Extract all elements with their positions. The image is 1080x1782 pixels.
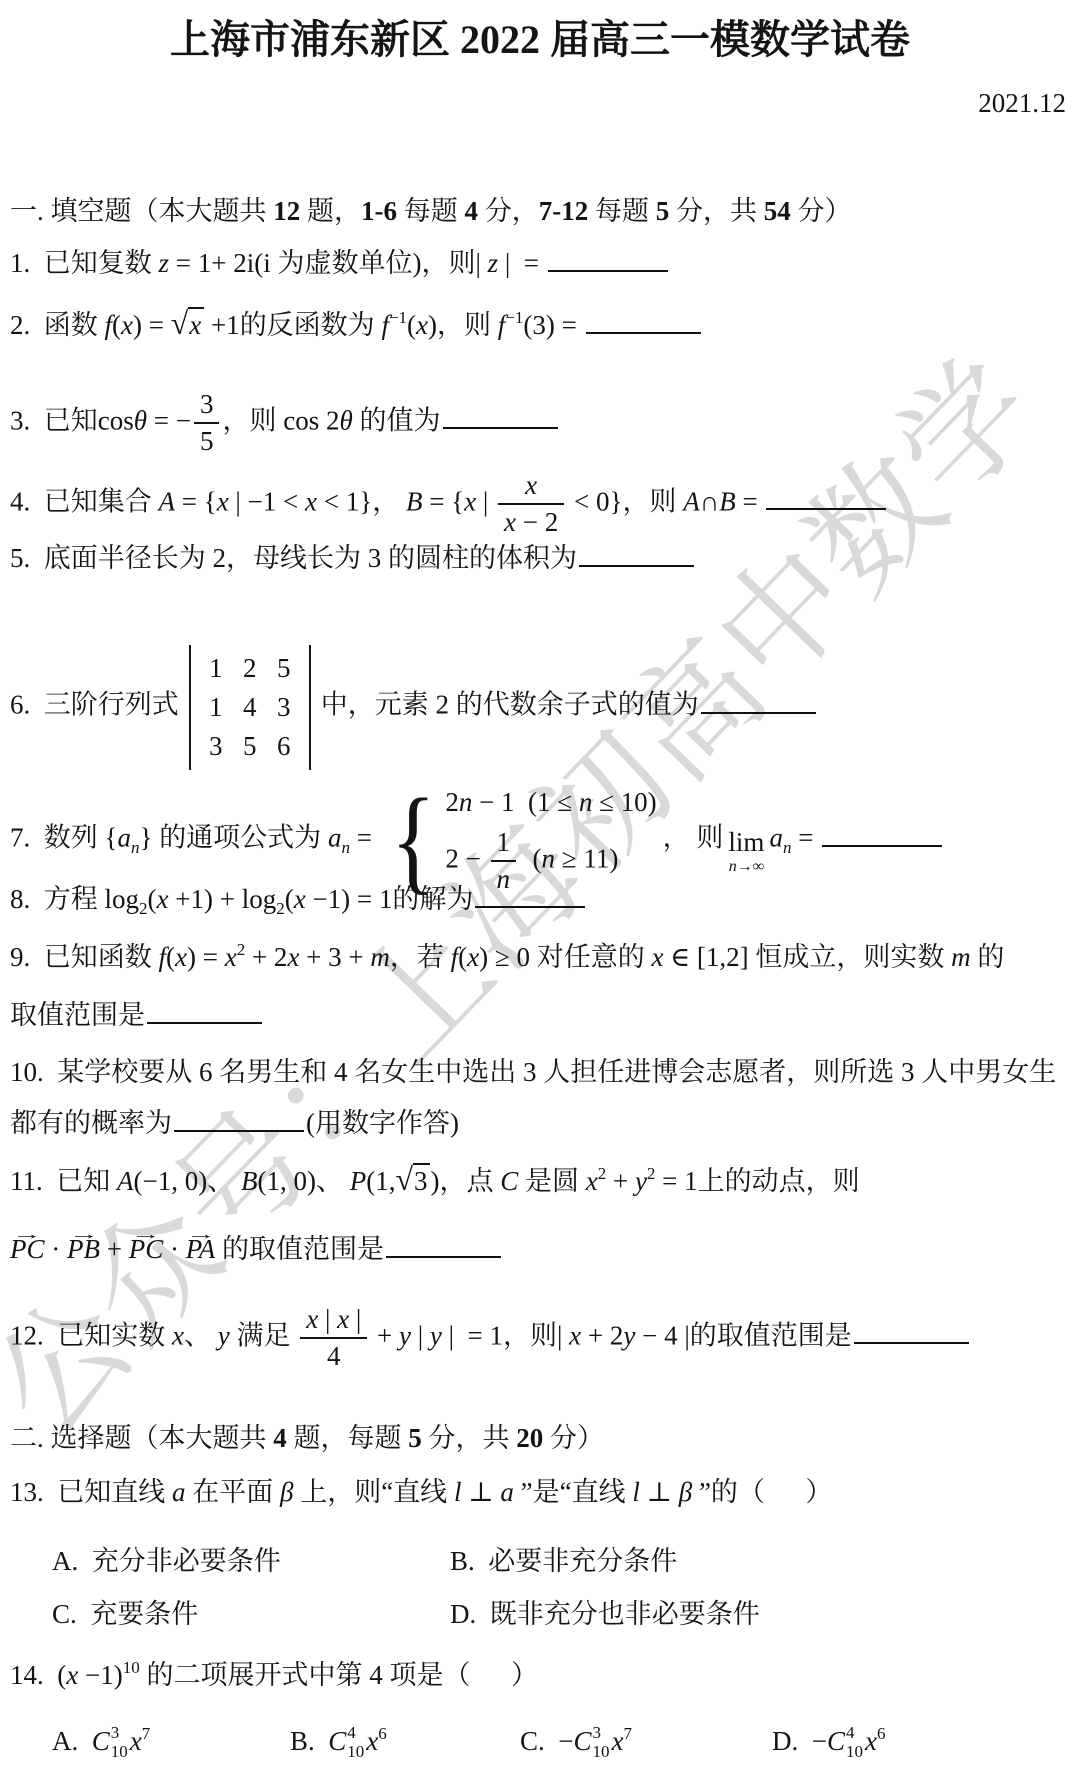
text-segment: ) = <box>133 310 171 340</box>
text-segment: y <box>623 1320 635 1350</box>
answer-blank <box>854 1340 969 1344</box>
text-segment: y <box>635 1166 647 1196</box>
text-segment: 每题 <box>588 196 656 226</box>
answer-blank <box>147 1020 262 1024</box>
text-segment: 恒成立，则实数 <box>749 942 952 972</box>
text-segment: 6 <box>877 1724 886 1743</box>
text-segment: | <box>349 1304 361 1334</box>
text-segment: 2 <box>139 899 148 918</box>
text-segment: 2 <box>598 1164 607 1183</box>
text-segment: A <box>159 486 176 516</box>
text-segment: · <box>45 1234 68 1264</box>
text-segment: 、 <box>316 1166 350 1196</box>
text-segment: A <box>117 1166 134 1196</box>
text-segment: −1) = 1 <box>306 884 393 914</box>
text-segment: 底面半径长为 <box>44 543 213 573</box>
text-segment: 数列 <box>44 823 105 853</box>
text-segment: 已知 <box>56 1166 117 1196</box>
answer-blank <box>586 330 701 334</box>
text-segment: ( <box>519 843 542 873</box>
text-segment: β <box>280 1477 293 1507</box>
text-segment: ( <box>112 310 121 340</box>
text-segment: D. 既非充分也非必要条件 <box>450 1599 760 1629</box>
text-segment: 3 <box>200 389 214 419</box>
question-1: 1. 已知复数 z = 1+ 2i(i 为虚数单位)，则| z | = <box>10 246 1080 280</box>
text-segment: (−1, 0) <box>134 1166 208 1196</box>
text-segment: 2 <box>445 787 459 817</box>
text-segment: 的值为 <box>353 405 441 435</box>
text-segment: 的通项公式为 <box>152 823 328 853</box>
text-segment: n <box>341 838 350 857</box>
text-segment: a <box>117 823 131 853</box>
math-sqrt: √x <box>171 310 204 340</box>
page-title: 上海市浦东新区 2022 届高三一模数学试卷 <box>0 8 1080 65</box>
question-8: 8. 方程 log2(x +1) + log2(x −1) = 1的解为 <box>10 882 1080 920</box>
text-segment: z <box>159 248 170 278</box>
text-segment: (1, 0) <box>257 1166 315 1196</box>
text-segment: 的取值范围是 <box>690 1320 852 1350</box>
text-segment: n <box>579 787 593 817</box>
text-segment: x <box>464 486 476 516</box>
question-5: 5. 底面半径长为 2，母线长为 3 的圆柱的体积为 <box>10 541 1080 575</box>
question-2: 2. 函数 f(x) = √x +1的反函数为 f−1(x)，则 f−1(3) … <box>10 307 1080 346</box>
text-segment: ， <box>372 486 406 516</box>
option-14-d: D. −C410x6 <box>772 1724 885 1762</box>
text-segment: 取值范围是 <box>10 1000 145 1030</box>
exam-page: 公众号：上海初高中数学 上海市浦东新区 2022 届高三一模数学试卷 2021.… <box>0 0 1080 1782</box>
text-segment: 3 <box>523 1057 537 1087</box>
text-segment: 已知复数 <box>44 248 159 278</box>
text-segment: 的 <box>971 942 1005 972</box>
text-segment: < 1} <box>317 486 372 516</box>
text-segment: β <box>679 1477 692 1507</box>
text-segment: 题， <box>300 196 361 226</box>
text-segment: 5 <box>656 196 670 226</box>
text-segment: x <box>189 310 201 340</box>
text-segment: A <box>683 486 700 516</box>
text-segment: 名男生和 <box>213 1057 335 1087</box>
text-segment: + 2 <box>245 942 287 972</box>
text-segment: x <box>569 1320 581 1350</box>
text-segment: 3. <box>10 405 44 435</box>
section-1-header: 一. 填空题（本大题共 12 题，1-6 每题 4 分，7-12 每题 5 分，… <box>10 194 1080 228</box>
text-segment: 题，每题 <box>287 1423 409 1453</box>
determinant-cell: 6 <box>267 727 301 766</box>
text-segment: 、 <box>184 1320 218 1350</box>
text-segment: 函数 <box>44 310 105 340</box>
text-segment: ) = <box>187 942 225 972</box>
text-segment: − 1 (1 ≤ <box>472 787 579 817</box>
text-segment: ( <box>148 884 157 914</box>
determinant-cell: 1 <box>199 649 233 688</box>
text-segment: m <box>951 942 971 972</box>
text-segment: D. − <box>772 1726 827 1756</box>
text-segment: n <box>783 838 792 857</box>
answer-blank <box>475 904 585 908</box>
text-segment: ( <box>166 942 175 972</box>
text-segment: − 2 <box>516 507 558 537</box>
text-segment: ”的（ ） <box>692 1477 832 1507</box>
text-segment: a <box>500 1477 514 1507</box>
text-segment: 分， <box>478 196 539 226</box>
determinant-cell: 3 <box>267 688 301 727</box>
text-segment: } <box>139 823 152 853</box>
text-segment: 的圆柱的体积为 <box>381 543 577 573</box>
text-segment: 分，共 <box>422 1423 517 1453</box>
text-segment: (用数字作答) <box>306 1108 459 1138</box>
text-segment: x <box>287 942 299 972</box>
text-segment: 9. <box>10 942 44 972</box>
determinant-cell: 4 <box>233 688 267 727</box>
text-segment: ”是“直线 <box>514 1477 632 1507</box>
cases-brace: { <box>390 786 435 895</box>
text-segment: 中，元素 <box>321 690 436 720</box>
question-4: 4. 已知集合 A = {x | −1 < x < 1}， B = {x | x… <box>10 470 1080 538</box>
option-13-c: C. 充要条件 <box>52 1597 198 1631</box>
text-segment: < 0} <box>567 486 622 516</box>
text-segment: + <box>606 1166 635 1196</box>
text-segment: 方程 <box>44 884 98 914</box>
text-segment: | <box>475 248 487 278</box>
answer-blank <box>548 268 668 272</box>
text-segment: 人中男女生 <box>915 1057 1057 1087</box>
answer-blank <box>579 563 694 567</box>
text-segment: 是圆 <box>518 1166 586 1196</box>
text-segment: 的解为 <box>392 884 473 914</box>
math-sqrt: √3 <box>395 1166 430 1196</box>
text-segment: +1 <box>204 310 239 340</box>
option-13-d: D. 既非充分也非必要条件 <box>450 1597 760 1631</box>
question-11-line-2: PC · PB + PC · PA 的取值范围是 <box>10 1232 1080 1266</box>
text-segment: 3 <box>368 543 382 573</box>
math-binomial-coefficient: C310 <box>574 1726 612 1756</box>
text-segment: 6. <box>10 690 44 720</box>
text-segment: ( <box>458 942 467 972</box>
text-segment: 分） <box>791 196 852 226</box>
text-segment: 2 <box>213 543 227 573</box>
text-segment: | <box>318 1304 337 1334</box>
math-vector: PA <box>186 1232 216 1266</box>
text-segment: = <box>736 486 765 516</box>
text-segment: 2 − <box>445 843 487 873</box>
math-limit: limn→∞ <box>728 829 764 875</box>
text-segment: 满足 <box>230 1320 298 1350</box>
text-segment: 2. <box>10 310 44 340</box>
text-segment: x <box>306 1304 318 1334</box>
text-segment: y <box>218 1320 230 1350</box>
math-vector: PB <box>67 1232 100 1266</box>
question-11-line-1: 11. 已知 A(−1, 0)、 B(1, 0)、 P(1,√3)，点 C 是圆… <box>10 1163 1080 1202</box>
option-13-b: B. 必要非充分条件 <box>450 1544 677 1578</box>
text-segment: − 4 | <box>635 1320 689 1350</box>
math-binomial-coefficient: C410 <box>328 1726 366 1756</box>
answer-blank <box>766 506 886 510</box>
answer-blank <box>701 710 816 714</box>
text-segment: 对任意的 <box>530 942 652 972</box>
text-segment: +1) + log <box>169 884 277 914</box>
text-segment: C <box>500 1166 518 1196</box>
text-segment: B <box>719 486 736 516</box>
text-segment: A. 充分非必要条件 <box>52 1546 281 1576</box>
text-segment: 已知集合 <box>44 486 159 516</box>
text-segment: l <box>632 1477 640 1507</box>
option-14-c: C. −C310x7 <box>520 1724 632 1762</box>
text-segment: 的取值范围是 <box>215 1234 384 1264</box>
answer-blank <box>822 843 942 847</box>
text-segment: 分） <box>543 1423 604 1453</box>
text-segment: 6 <box>378 1724 387 1743</box>
determinant-cell: 2 <box>233 649 267 688</box>
text-segment: 4 <box>465 196 479 226</box>
text-segment: | <box>476 486 495 516</box>
text-segment: 8. <box>10 884 44 914</box>
text-segment: 项是（ ） <box>383 1660 538 1690</box>
text-segment: 2 <box>647 1164 656 1183</box>
text-segment: x <box>504 507 516 537</box>
text-segment: cos 2 <box>276 405 339 435</box>
text-segment: 已知直线 <box>57 1477 172 1507</box>
text-segment: 3 <box>414 1166 428 1196</box>
option-14-b: B. C410x6 <box>290 1724 387 1762</box>
text-segment: P <box>350 1166 367 1196</box>
text-segment: 在平面 <box>186 1477 281 1507</box>
text-segment: −1 <box>389 308 407 327</box>
math-binomial-coefficient: C310 <box>92 1726 130 1756</box>
text-segment: + 3 + <box>299 942 370 972</box>
math-determinant: 125143356 <box>189 645 311 770</box>
text-segment: + <box>100 1234 129 1264</box>
text-segment: ≥ 11) <box>555 843 618 873</box>
question-10-line-2: 都有的概率为(用数字作答) <box>10 1106 1080 1140</box>
text-segment: x <box>612 1726 624 1756</box>
text-segment: B <box>406 486 423 516</box>
text-segment: 、 <box>207 1166 241 1196</box>
text-segment: 6 <box>199 1057 213 1087</box>
text-segment: −1 <box>505 308 523 327</box>
text-segment: C. 充要条件 <box>52 1599 198 1629</box>
text-segment: x <box>175 942 187 972</box>
text-segment: B. 必要非充分条件 <box>450 1546 677 1576</box>
text-segment: = − <box>147 405 191 435</box>
text-segment: 14. ( <box>10 1660 66 1690</box>
text-segment: ( <box>285 884 294 914</box>
text-segment: 4 <box>327 1341 341 1371</box>
text-segment: x <box>130 1726 142 1756</box>
text-segment: x <box>157 884 169 914</box>
question-13: 13. 已知直线 a 在平面 β 上，则“直线 l ⊥ a ”是“直线 l ⊥ … <box>10 1475 1080 1509</box>
question-3: 3. 已知cosθ = −35，则 cos 2θ 的值为 <box>10 389 1080 457</box>
question-10-line-1: 10. 某学校要从 6 名男生和 4 名女生中选出 3 人担任进博会志愿者，则所… <box>10 1055 1080 1089</box>
text-segment: 已知 <box>44 405 98 435</box>
math-binomial-coefficient: C410 <box>827 1726 865 1756</box>
text-segment: | <box>557 1320 569 1350</box>
text-segment: ⊥ <box>640 1477 679 1507</box>
text-segment: 5 <box>408 1423 422 1453</box>
text-segment: ∩ <box>700 486 720 516</box>
text-segment: f <box>105 310 113 340</box>
text-segment: = 1 <box>655 1166 697 1196</box>
text-segment: 5 <box>200 426 214 456</box>
question-12: 12. 已知实数 x、 y 满足 x | x |4 + y | y | = 1，… <box>10 1304 1080 1372</box>
text-segment: 12 <box>273 196 300 226</box>
text-segment: B <box>241 1166 258 1196</box>
text-segment: 一. 填空题（本大题共 <box>10 196 273 226</box>
text-segment: x <box>121 310 133 340</box>
text-segment: A. <box>52 1726 92 1756</box>
text-segment: 4 <box>273 1423 287 1453</box>
text-segment: 5. <box>10 543 44 573</box>
text-segment: + 2 <box>581 1320 623 1350</box>
text-segment: 10. <box>10 1057 57 1087</box>
text-segment: = { <box>422 486 464 516</box>
text-segment: 54 <box>764 196 791 226</box>
text-segment: 的反函数为 <box>240 310 382 340</box>
text-segment: | <box>411 1320 430 1350</box>
text-segment: 11. <box>10 1166 56 1196</box>
text-segment: n <box>542 843 556 873</box>
text-segment: ≤ 10) <box>592 787 656 817</box>
text-segment: 每题 <box>397 196 465 226</box>
text-segment: y <box>399 1320 411 1350</box>
text-segment: (1, <box>366 1166 395 1196</box>
question-9-line-1: 9. 已知函数 f(x) = x2 + 2x + 3 + m，若 f(x) ≥ … <box>10 940 1080 978</box>
text-segment: ( <box>407 310 416 340</box>
text-segment: 4 <box>369 1660 383 1690</box>
text-segment: 分，共 <box>669 196 764 226</box>
text-segment: 4 <box>334 1057 348 1087</box>
determinant-cell: 3 <box>199 727 233 766</box>
text-segment: 的代数余子式的值为 <box>449 690 699 720</box>
text-segment: 10 <box>123 1658 140 1677</box>
text-segment: x <box>172 1320 184 1350</box>
text-segment: 12. <box>10 1320 57 1350</box>
text-segment: x <box>305 486 317 516</box>
option-13-a: A. 充分非必要条件 <box>52 1544 281 1578</box>
question-14: 14. (x −1)10 的二项展开式中第 4 项是（ ） <box>10 1658 1080 1696</box>
text-segment: | = <box>498 248 546 278</box>
text-segment: n <box>459 787 473 817</box>
text-segment: x <box>525 470 537 500</box>
text-segment: 的二项展开式中第 <box>140 1660 370 1690</box>
text-segment: ，则 <box>222 405 276 435</box>
text-segment: x <box>416 310 428 340</box>
text-segment: x <box>225 942 237 972</box>
text-segment: 3 <box>901 1057 915 1087</box>
text-segment: x <box>467 942 479 972</box>
text-segment: ) ≥ 0 <box>479 942 530 972</box>
text-segment: 已知实数 <box>57 1320 172 1350</box>
text-segment: 7-12 <box>539 196 589 226</box>
text-segment: z <box>488 248 499 278</box>
text-segment: 2 <box>276 899 285 918</box>
text-segment: 2 <box>237 940 246 959</box>
text-segment: 7. <box>10 823 44 853</box>
text-segment: 13. <box>10 1477 57 1507</box>
text-segment: x <box>294 884 306 914</box>
text-segment: { <box>105 823 118 853</box>
text-segment: ，则 <box>622 486 683 516</box>
question-9-line-2: 取值范围是 <box>10 998 1080 1032</box>
text-segment: ⊥ <box>461 1477 500 1507</box>
section-2-header: 二. 选择题（本大题共 4 题，每题 5 分，共 20 分） <box>10 1421 1080 1455</box>
text-segment: 7 <box>142 1724 151 1743</box>
math-fraction: x | x |4 <box>300 1304 367 1372</box>
text-segment: x <box>586 1166 598 1196</box>
text-segment: 某学校要从 <box>57 1057 199 1087</box>
math-vector: PC <box>129 1232 164 1266</box>
text-segment: ，则 <box>503 1320 557 1350</box>
text-segment: cos <box>98 405 134 435</box>
text-segment: y <box>430 1320 442 1350</box>
text-segment: 上，则“直线 <box>293 1477 453 1507</box>
text-segment: + <box>370 1320 399 1350</box>
text-segment: 20 <box>516 1423 543 1453</box>
determinant-cell: 1 <box>199 688 233 727</box>
determinant-cell: 5 <box>233 727 267 766</box>
text-segment: 1. <box>10 248 44 278</box>
text-segment: x <box>865 1726 877 1756</box>
text-segment: f <box>159 942 167 972</box>
text-segment: = <box>350 823 379 853</box>
text-segment: 1-6 <box>361 196 397 226</box>
math-fraction: 35 <box>194 389 220 457</box>
exam-date: 2021.12 <box>978 88 1066 119</box>
text-segment: m <box>370 942 390 972</box>
text-segment: ∈ [1,2] <box>663 942 748 972</box>
math-vector: PC <box>10 1232 45 1266</box>
text-segment: ，母线长为 <box>226 543 368 573</box>
question-6: 6. 三阶行列式125143356中，元素 2 的代数余子式的值为 <box>10 645 1080 770</box>
text-segment: θ <box>134 405 147 435</box>
text-segment: ，则 <box>437 310 498 340</box>
text-segment: = { <box>175 486 217 516</box>
text-segment: x <box>651 942 663 972</box>
option-14-a: A. C310x7 <box>52 1724 150 1762</box>
text-segment: C. − <box>520 1726 574 1756</box>
text-segment: B. <box>290 1726 328 1756</box>
math-fraction: xx − 2 <box>498 470 564 538</box>
text-segment: 二. 选择题（本大题共 <box>10 1423 273 1453</box>
text-segment: ) <box>428 310 437 340</box>
text-segment: | −1 < <box>229 486 305 516</box>
text-segment: log <box>98 884 139 914</box>
text-segment: ，点 <box>439 1166 500 1196</box>
text-segment: x <box>217 486 229 516</box>
text-segment: (i 为虚数单位)，则 <box>254 248 475 278</box>
text-segment: θ <box>339 405 352 435</box>
text-segment: 名女生中选出 <box>348 1057 524 1087</box>
text-segment: −1) <box>78 1660 122 1690</box>
answer-blank <box>443 425 558 429</box>
text-segment: ，若 <box>390 942 451 972</box>
text-segment: · <box>163 1234 186 1264</box>
text-segment: a <box>172 1477 186 1507</box>
text-segment: 7 <box>624 1724 633 1743</box>
text-segment: a <box>328 823 342 853</box>
text-segment: = 1+ 2i <box>169 248 254 278</box>
text-segment: 4. <box>10 486 44 516</box>
answer-blank <box>174 1128 304 1132</box>
text-segment: ， 则 <box>663 823 724 853</box>
text-segment: = <box>791 823 820 853</box>
text-segment: x <box>337 1304 349 1334</box>
text-segment: f <box>381 310 389 340</box>
text-segment: x <box>66 1660 78 1690</box>
text-segment: n <box>131 838 140 857</box>
text-segment: 都有的概率为 <box>10 1108 172 1138</box>
text-segment: | = 1 <box>442 1320 503 1350</box>
text-segment: 已知函数 <box>44 942 159 972</box>
